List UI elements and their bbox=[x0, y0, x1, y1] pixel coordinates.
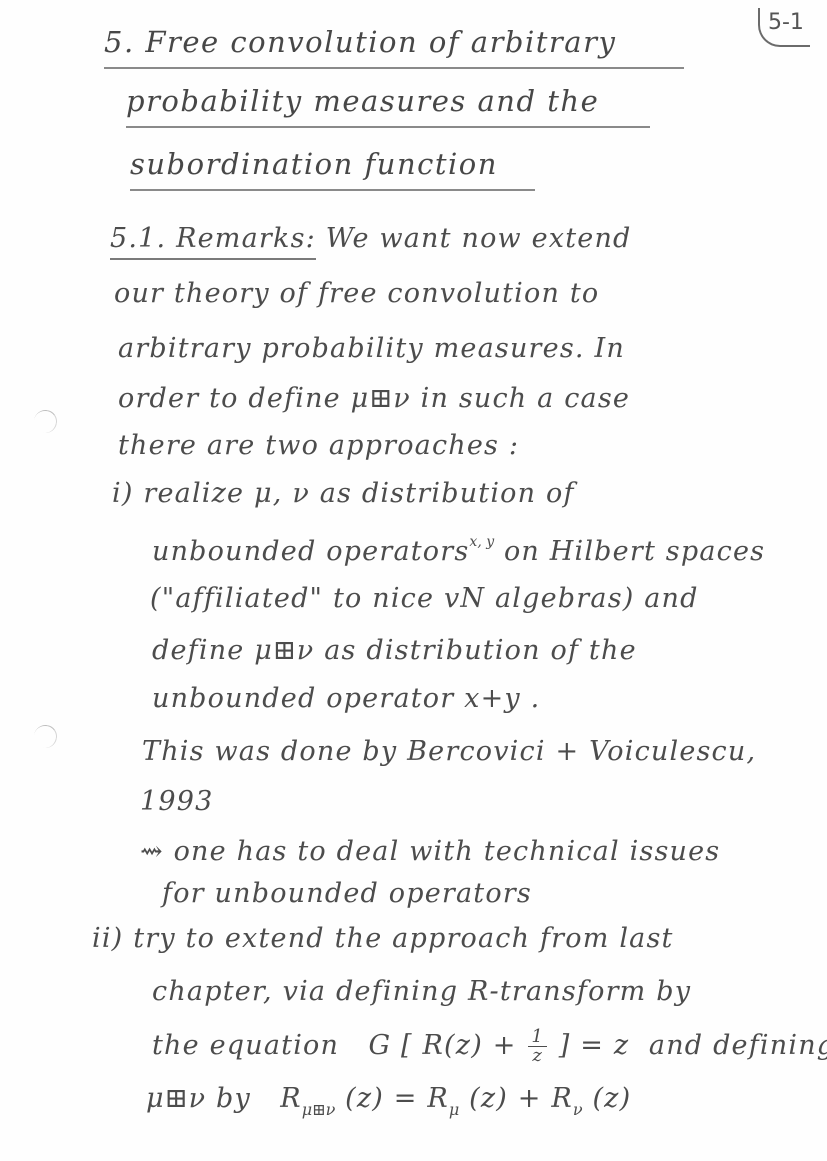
approach-i-note: 1993 bbox=[140, 788, 214, 815]
approach-i-first-line: i) realize μ, ν as distribution of bbox=[112, 480, 575, 507]
approach-ii-equation-line: the equation G [ R(z) + 1z ] = z and def… bbox=[152, 1028, 827, 1065]
chapter-title-line-2: probability measures and the bbox=[126, 87, 650, 128]
subscript: μ⊞ν bbox=[302, 1100, 336, 1119]
approach-i-marker: i) bbox=[112, 478, 134, 509]
approach-ii-marker: ii) bbox=[92, 923, 123, 954]
subscript: ν bbox=[573, 1100, 583, 1119]
equation-part: (z) bbox=[583, 1083, 632, 1114]
approach-i-line: unbounded operatorsx, y on Hilbert space… bbox=[152, 535, 765, 565]
chapter-title-line-1: 5. Free convolution of arbitrary bbox=[104, 28, 684, 69]
approach-i-line: define μ⊞ν as distribution of the bbox=[152, 637, 637, 664]
remarks-line: order to define μ⊞ν in such a case bbox=[118, 385, 630, 412]
remarks-line: our theory of free convolution to bbox=[114, 280, 599, 307]
approach-i-text: unbounded operators bbox=[152, 536, 469, 567]
remarks-first-line: 5.1. Remarks: We want now extend bbox=[110, 225, 632, 252]
page-number: 5-1 bbox=[758, 8, 810, 47]
equation-part: (z) + R bbox=[459, 1083, 573, 1114]
approach-i-note: ⇝ one has to deal with technical issues bbox=[140, 838, 720, 865]
approach-i-line: ("affiliated" to nice vN algebras) and bbox=[150, 585, 699, 612]
subscript: μ bbox=[449, 1100, 459, 1119]
approach-ii-text: try to extend the approach from last bbox=[133, 923, 673, 954]
punch-hole-mark bbox=[32, 723, 59, 750]
approach-ii-first-line: ii) try to extend the approach from last bbox=[92, 925, 674, 952]
approach-ii-line: chapter, via defining R-transform by bbox=[152, 978, 691, 1005]
fraction-one-over-z: 1z bbox=[528, 1028, 547, 1065]
approach-i-text: realize μ, ν as distribution of bbox=[143, 478, 574, 509]
remarks-label: 5.1. Remarks: bbox=[110, 223, 316, 260]
remarks-text: We want now extend bbox=[326, 223, 632, 254]
r-transform-additivity-line: μ⊞ν by Rμ⊞ν (z) = Rμ (z) + Rν (z) bbox=[146, 1085, 631, 1118]
approach-ii-text: the equation bbox=[152, 1030, 339, 1061]
remarks-line: arbitrary probability measures. In bbox=[118, 335, 625, 362]
equation-part: (z) = R bbox=[335, 1083, 449, 1114]
equation-rhs: ] = z bbox=[549, 1030, 629, 1061]
punch-hole-mark bbox=[32, 408, 59, 435]
approach-i-text: on Hilbert spaces bbox=[504, 536, 765, 567]
fraction-denominator: z bbox=[528, 1047, 547, 1065]
remarks-line: there are two approaches : bbox=[118, 432, 519, 459]
insertion-mark: x, y bbox=[469, 534, 494, 550]
equation-lhs: G [ R(z) + bbox=[368, 1030, 526, 1061]
approach-i-note: This was done by Bercovici + Voiculescu, bbox=[142, 738, 756, 765]
chapter-title-line-3: subordination function bbox=[130, 150, 535, 191]
equation-trailing: and defining bbox=[649, 1030, 827, 1061]
approach-i-note: for unbounded operators bbox=[162, 880, 532, 907]
r-symbol: R bbox=[280, 1083, 302, 1114]
final-line-prefix: μ⊞ν by bbox=[146, 1083, 251, 1114]
scanned-handwritten-page: 5-1 5. Free convolution of arbitrary pro… bbox=[0, 0, 827, 1161]
approach-i-line: unbounded operator x+y . bbox=[152, 685, 540, 712]
